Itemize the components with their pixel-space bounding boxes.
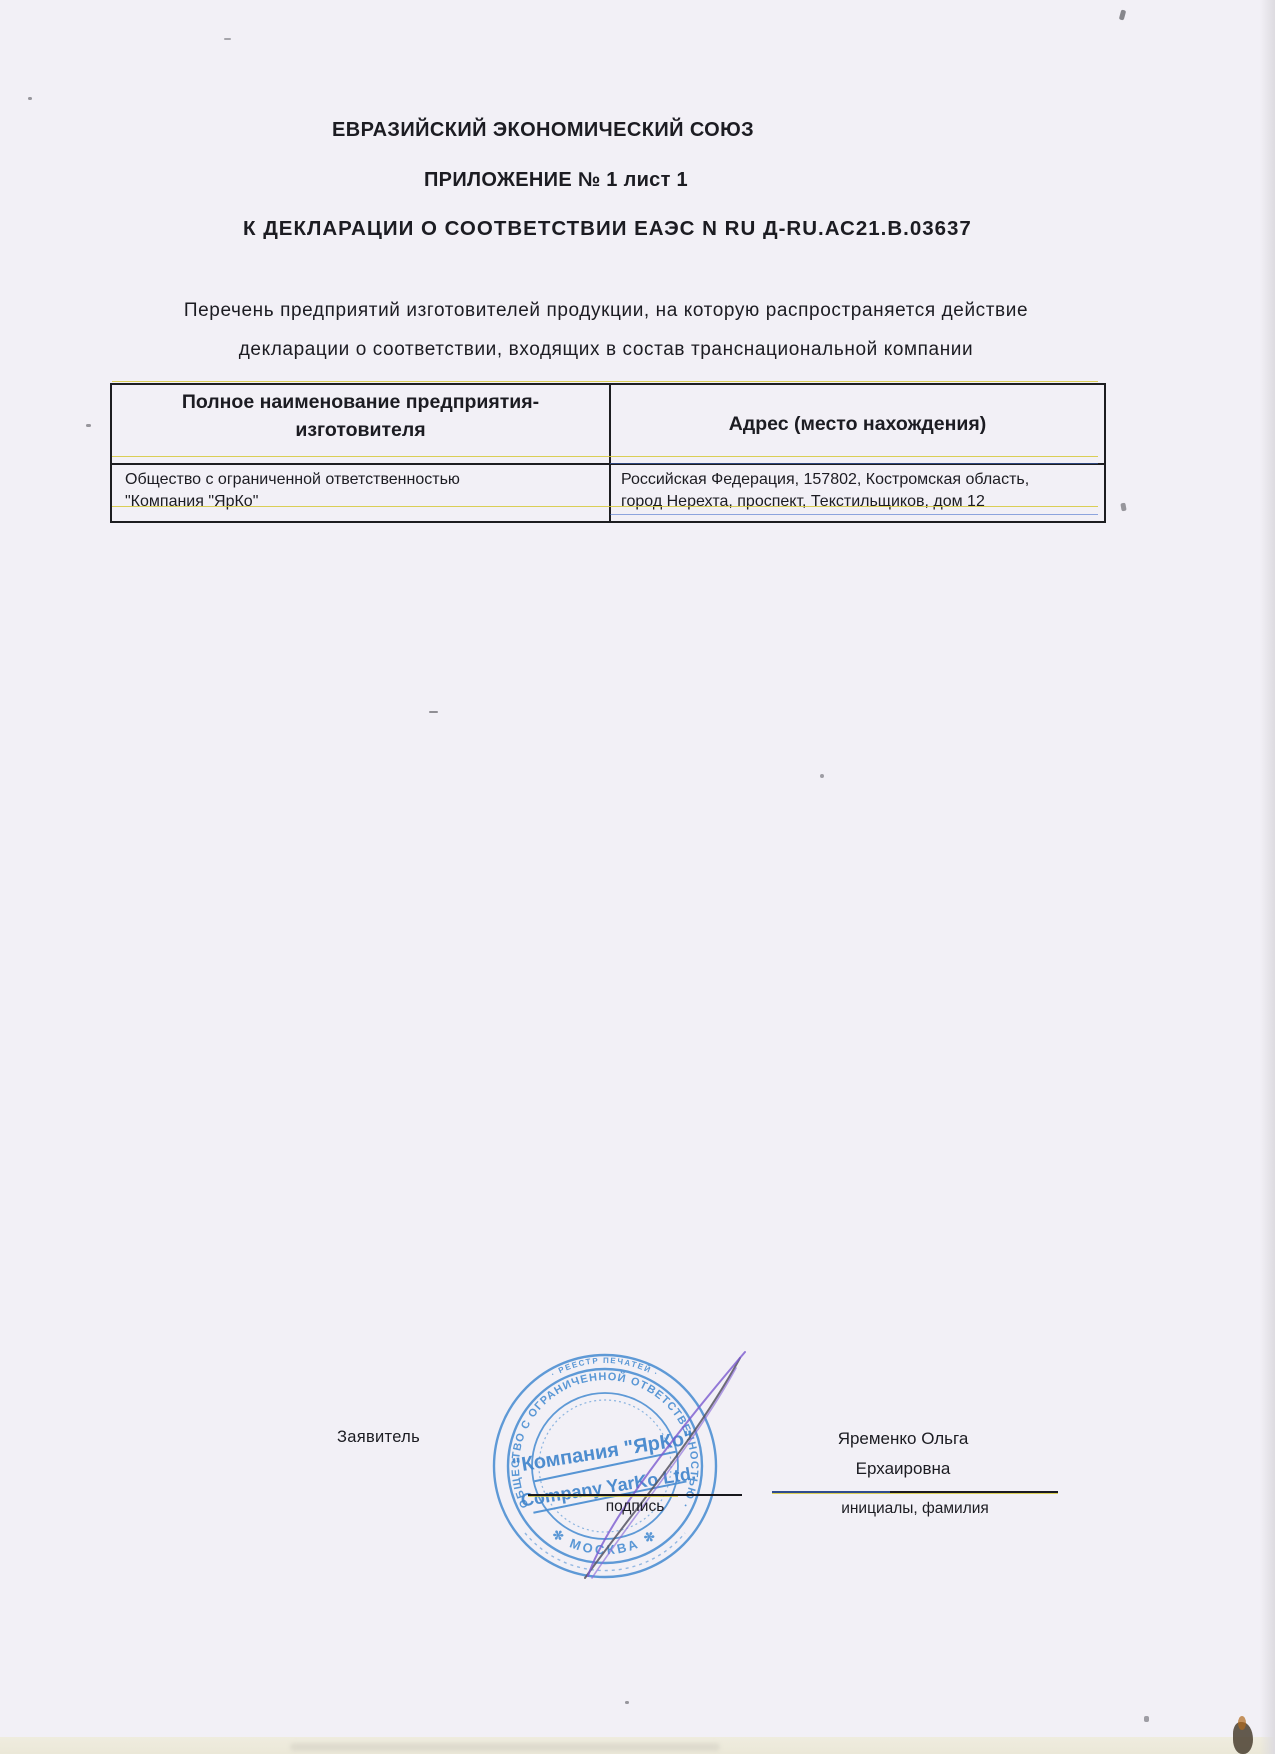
signature-line-fringe [528,1496,678,1497]
header-cell-address: Адрес (место нахождения) [610,384,1105,464]
scanned-document-page: ЕВРАЗИЙСКИЙ ЭКОНОМИЧЕСКИЙ СОЮЗ ПРИЛОЖЕНИ… [0,0,1275,1754]
address-line2: город Нерехта, проспект, Текстильщиков, … [621,491,1098,513]
scan-bottom-smudge [290,1743,720,1751]
ink-blotch-highlight [1238,1716,1246,1730]
scan-fringe-yellow-bottom [112,506,1098,507]
company-stamp: · РЕЕСТР ПЕЧАТЕЙ · ОБЩЕСТВО С ОГРАНИЧЕНН… [430,1290,870,1620]
manufacturer-line1: Общество с ограниченной ответственностью [125,469,603,491]
scan-speck [820,774,824,778]
name-line-fringe-blue [772,1491,890,1493]
table-header-row: Полное наименование предприятия- изготов… [111,384,1105,464]
intro-paragraph: Перечень предприятий изготовителей проду… [0,291,1212,369]
scan-speck [1144,1716,1149,1722]
manufacturers-table: Полное наименование предприятия- изготов… [110,383,1106,523]
scan-speck [429,711,438,713]
scan-right-edge [1260,0,1275,1754]
stamp-city-text: ✻ МОСКВА ✻ [549,1526,660,1557]
address-line1: Российская Федерация, 157802, Костромска… [621,469,1098,491]
name-line-fringe-yellow [772,1493,1058,1494]
doc-title-annex: ПРИЛОЖЕНИЕ № 1 лист 1 [424,169,688,192]
signature-caption: подпись [528,1498,742,1516]
scan-speck [625,1701,629,1704]
doc-title-union: ЕВРАЗИЙСКИЙ ЭКОНОМИЧЕСКИЙ СОЮЗ [332,119,754,142]
scan-speck [1119,10,1126,21]
doc-title-declaration-number: К ДЕКЛАРАЦИИ О СООТВЕТСТВИИ ЕАЭС N RU Д-… [243,217,972,241]
header-name-line1: Полное наименование предприятия- [112,388,609,416]
scan-speck [86,424,91,427]
header-name-line2: изготовителя [112,416,609,444]
scan-speck [28,97,32,100]
scan-fringe-yellow-top [112,381,1098,382]
intro-line-1: Перечень предприятий изготовителей проду… [0,291,1212,330]
applicant-label: Заявитель [337,1428,420,1447]
cell-manufacturer-name: Общество с ограниченной ответственностью… [111,464,610,522]
intro-line-2: декларации о соответствии, входящих в со… [0,330,1212,369]
manufacturer-line2: "Компания "ЯрКо" [125,491,603,513]
scan-speck [224,38,231,40]
scan-fringe-blue-mid [610,463,1098,464]
header-cell-name: Полное наименование предприятия- изготов… [111,384,610,464]
scan-speck [1120,503,1126,512]
scan-fringe-blue-bottom [610,514,1098,515]
scan-fringe-yellow-mid [112,456,1098,457]
